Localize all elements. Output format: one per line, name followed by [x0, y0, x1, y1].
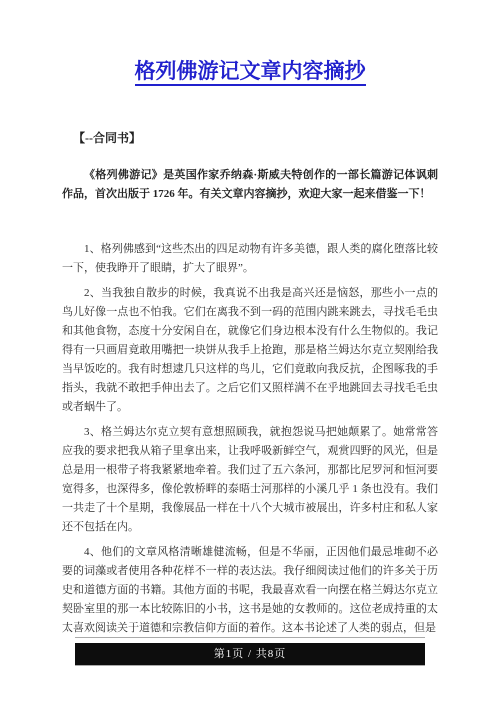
body-paragraph-3: 3、格兰姆达尔克立契有意想照顾我，就抱怨说马把她颠累了。她常常答应我的要求把我从…	[62, 423, 438, 537]
title-link[interactable]: 格列佛游记文章内容摘抄	[135, 59, 366, 86]
body-paragraph-1: 1、格列佛感到“这些杰出的四足动物有许多美德，跟人类的腐化堕落比较一下，使我睁开…	[62, 240, 438, 278]
body-paragraph-2: 2、当我独自散步的时候，我真说不出我是高兴还是恼怒，那些小一点的鸟儿好像一点也不…	[62, 284, 438, 417]
page-title: 格列佛游记文章内容摘抄	[62, 57, 438, 85]
body-paragraph-4: 4、他们的文章风格清晰雄健流畅，但是不华丽，正因他们最忌堆砌不必要的词藻或者使用…	[62, 543, 438, 638]
document-content: 格列佛游记文章内容摘抄 【--合同书】 《格列佛游记》是英国作家乔纳森·斯威夫特…	[62, 0, 438, 638]
section-heading: 【--合同书】	[62, 129, 438, 148]
document-page: 格列佛游记文章内容摘抄 【--合同书】 《格列佛游记》是英国作家乔纳森·斯威夫特…	[0, 0, 500, 707]
page-number-bar: 第1页 / 共8页	[75, 643, 425, 666]
intro-paragraph: 《格列佛游记》是英国作家乔纳森·斯威夫特创作的一部长篇游记体讽刺作品，首次出版于…	[62, 166, 438, 204]
page-footer: 第1页 / 共8页	[75, 637, 425, 666]
